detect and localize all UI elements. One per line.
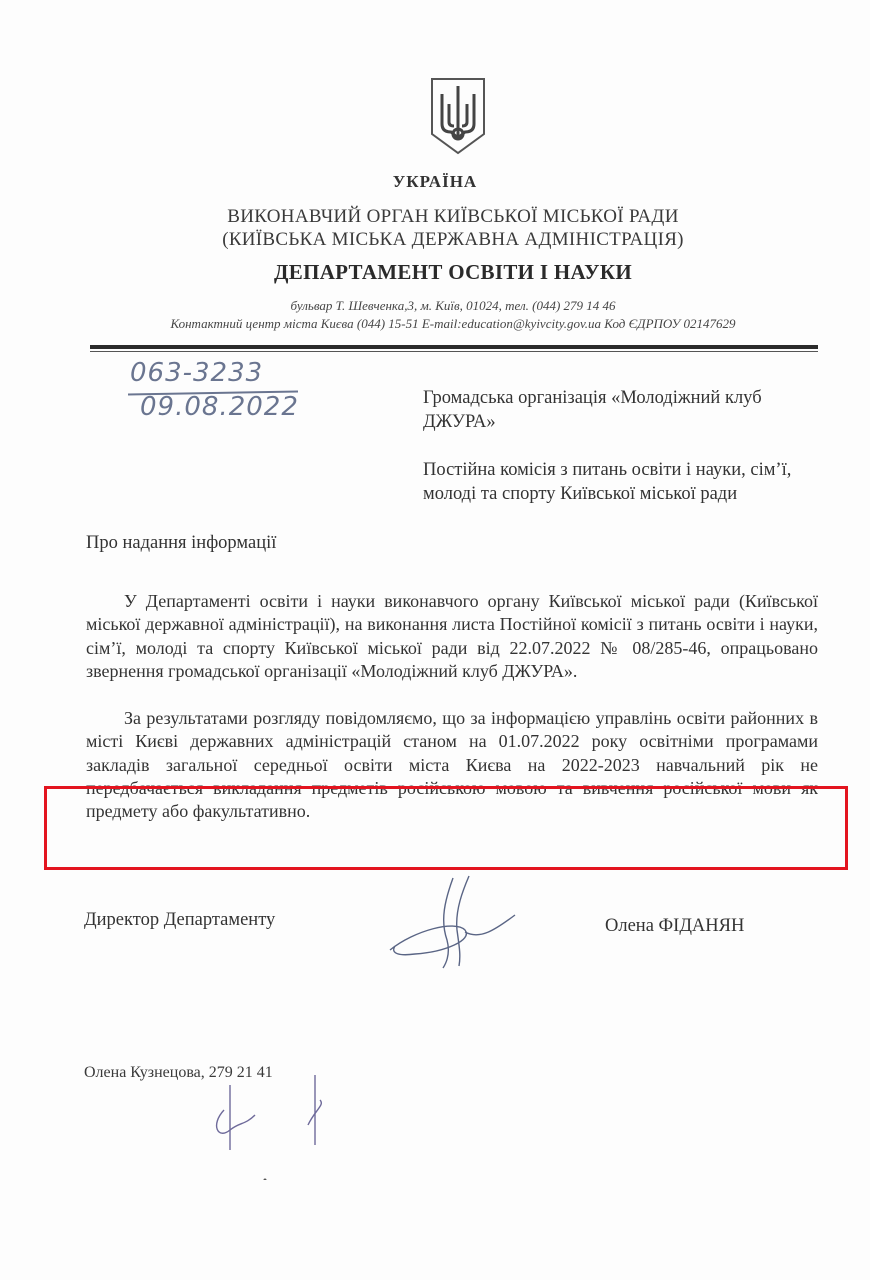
coat-of-arms-icon (429, 76, 487, 156)
signer-title: Директор Департаменту (84, 910, 275, 931)
organization-line-2: (КИЇВСЬКА МІСЬКА ДЕРЖАВНА АДМІНІСТРАЦІЯ) (18, 229, 870, 251)
organization-line-1: ВИКОНАВЧИЙ ОРГАН КИЇВСЬКОЇ МІСЬКОЇ РАДИ (18, 206, 870, 228)
body-paragraph-1: У Департаменті освіти і науки виконавчог… (86, 590, 818, 683)
department-name: ДЕПАРТАМЕНТ ОСВІТИ І НАУКИ (18, 260, 870, 285)
addressee-2: Постійна комісія з питань освіти і науки… (423, 458, 823, 506)
letter-subject: Про надання інформації (86, 533, 276, 554)
address-line-1: бульвар Т. Шевченка,3, м. Київ, 01024, т… (18, 298, 870, 314)
registration-number: 063-3233 (130, 358, 263, 388)
header-rule-thin (90, 351, 818, 352)
header-rule-thick (90, 345, 818, 349)
country-heading: УКРАЇНА (0, 172, 870, 192)
paragraph-text: У Департаменті освіти і науки виконавчог… (86, 590, 818, 683)
address-line-2: Контактний центр міста Києва (044) 15-51… (18, 316, 870, 332)
signer-name: Олена ФІДАНЯН (605, 916, 744, 937)
addressee-1: Громадська організація «Молодіжний клуб … (423, 386, 823, 434)
highlight-box (44, 786, 848, 870)
registration-date: 09.08.2022 (140, 392, 299, 422)
signature-icon (385, 870, 525, 970)
initials-signatures-icon (200, 1070, 340, 1180)
